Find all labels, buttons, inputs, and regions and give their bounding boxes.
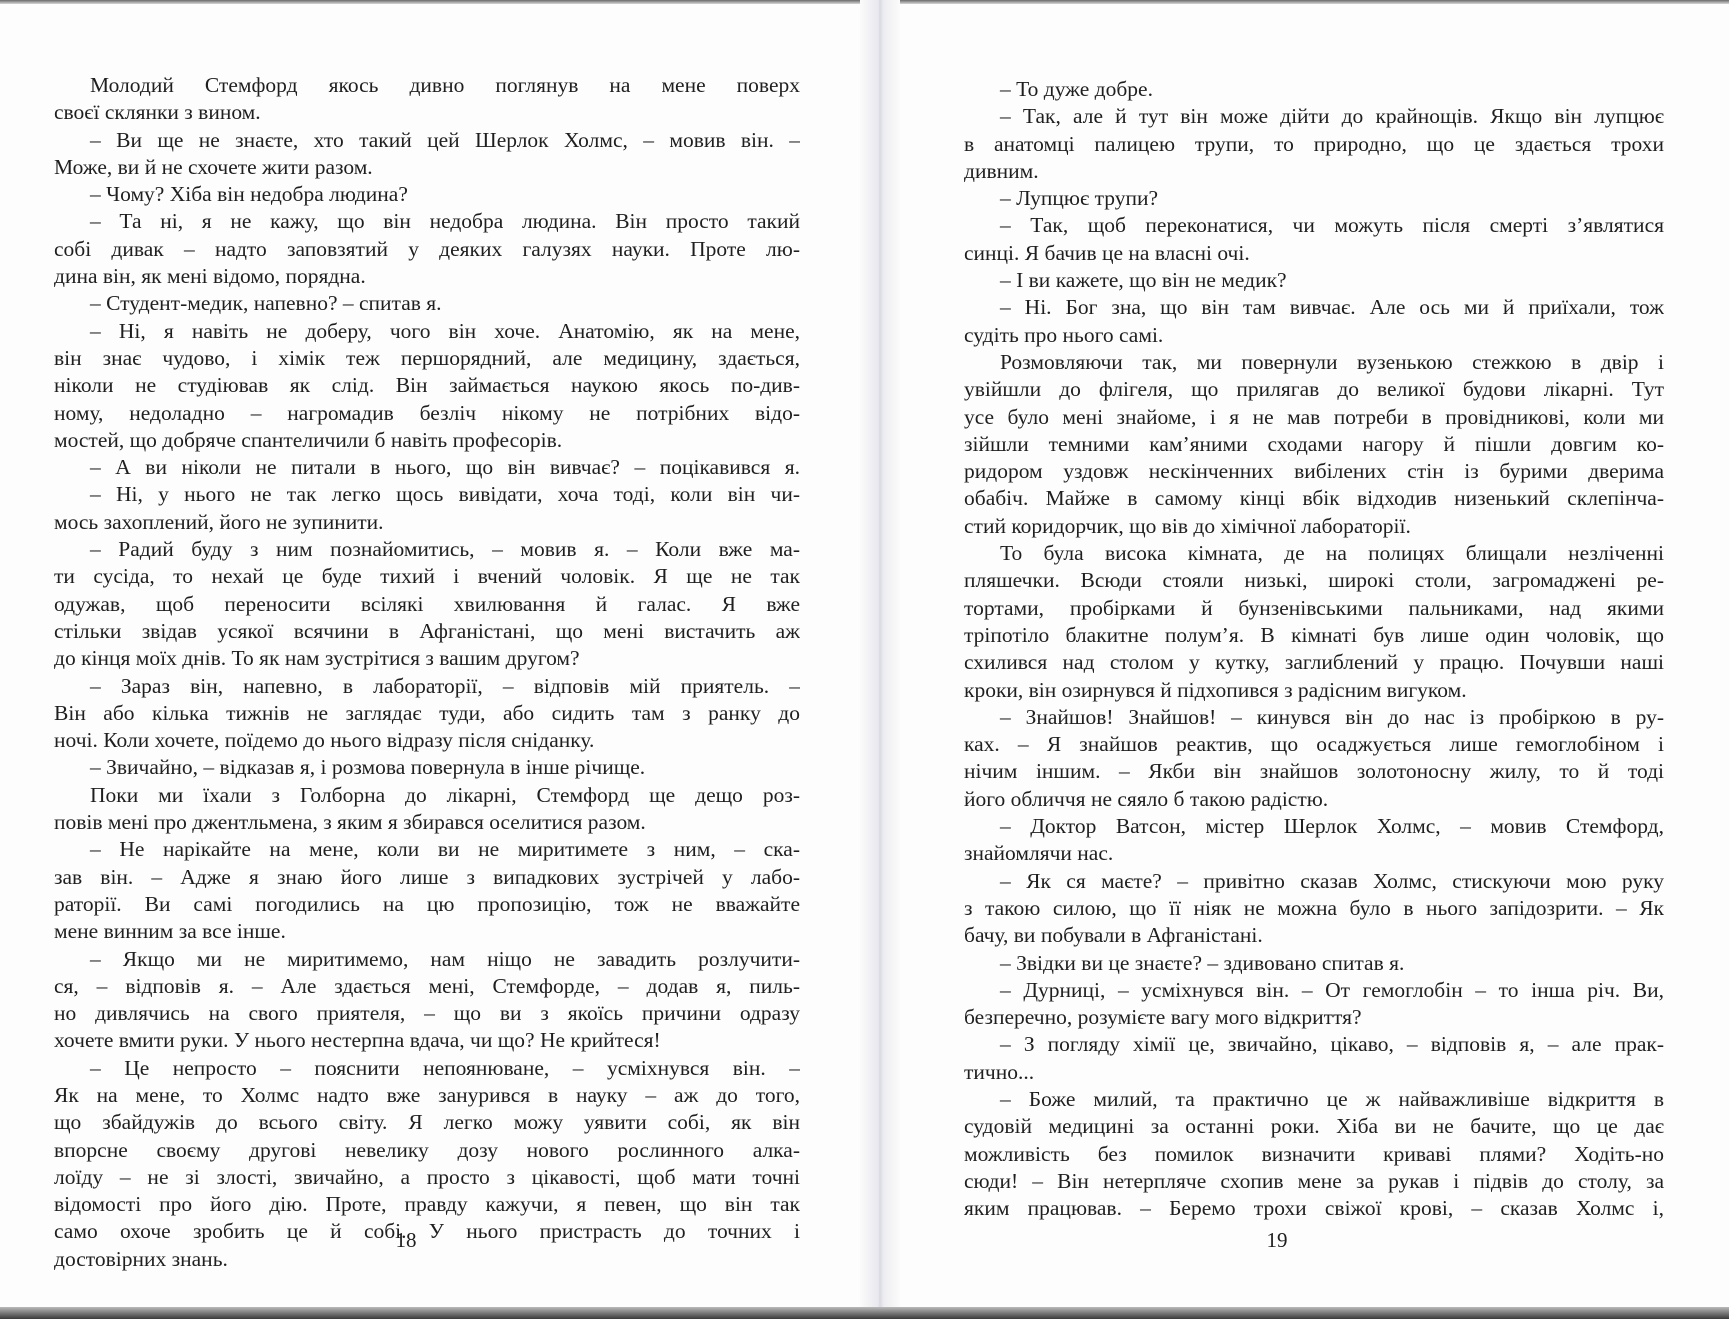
text-line: – Студент-медик, напевно? – спитав я. — [54, 290, 800, 317]
text-line: тично... — [964, 1059, 1664, 1086]
text-line: тріпотіло блакитне полум’я. В кімнаті бу… — [964, 622, 1664, 649]
text-line: Може, ви й не схочете жити разом. — [54, 154, 800, 181]
text-line: бачу, ви побували в Афганістані. — [964, 922, 1664, 949]
text-line: усе було мені знайоме, і я не мав потреб… — [964, 404, 1664, 431]
text-line: ридором уздовж нескінченних вибілених ст… — [964, 458, 1664, 485]
text-line: увійшли до флігеля, що прилягав до велик… — [964, 376, 1664, 403]
text-line: – Ні, я навіть не доберу, чого він хоче.… — [54, 318, 800, 345]
text-line: стільки звідав усякої всячини в Афганіст… — [54, 618, 800, 645]
page-right: – То дуже добре.– Так, але й тут він мож… — [900, 0, 1729, 1307]
text-line: – Звідки ви це знаєте? – здивовано спита… — [964, 950, 1664, 977]
text-line: – І ви кажете, що він не медик? — [964, 267, 1664, 294]
text-line: – Це непросто – пояснити непоянюване, – … — [54, 1055, 800, 1082]
text-line: – Зараз він, напевно, в лабораторії, – в… — [54, 673, 800, 700]
text-line: – Звичайно, – відказав я, і розмова пове… — [54, 754, 800, 781]
text-line: сюди! – Він нетерпляче схопив мене за ру… — [964, 1168, 1664, 1195]
text-line: – Чому? Хіба він недобра людина? — [54, 181, 800, 208]
text-line: мостей, що добряче спантеличили б навіть… — [54, 427, 800, 454]
text-line: ніколи не студіював як слід. Він займаєт… — [54, 372, 800, 399]
text-line: ся, – відповів я. – Але здається мені, С… — [54, 973, 800, 1000]
text-line: нічим іншим. – Якби він знайшов золотоно… — [964, 758, 1664, 785]
text-line: раторії. Ви самі погодились на цю пропоз… — [54, 891, 800, 918]
text-line: впорсне своєму другові невелику дозу нов… — [54, 1137, 800, 1164]
text-line: мене винним за все інше. — [54, 918, 800, 945]
text-line: – Як ся маєте? – привітно сказав Холмс, … — [964, 868, 1664, 895]
text-line: ночі. Коли хочете, поїдемо до нього відр… — [54, 727, 800, 754]
text-line: Молодий Стемфорд якось дивно поглянув на… — [54, 72, 800, 99]
text-line: – Так, але й тут він може дійти до крайн… — [964, 103, 1664, 130]
text-line: стий коридорчик, що вів до хімічної лабо… — [964, 513, 1664, 540]
text-line: зав він. – Адже я знаю його лише з випад… — [54, 864, 800, 891]
text-line: пляшечки. Всюди стояли низькі, широкі ст… — [964, 567, 1664, 594]
text-line: тортами, пробірками й бунзенівськими пал… — [964, 595, 1664, 622]
page-number-right: 19 — [1247, 1228, 1307, 1253]
text-line: – Знайшов! Знайшов! – кинувся він до нас… — [964, 704, 1664, 731]
text-line: повів мені про джентльмена, з яким я зби… — [54, 809, 800, 836]
text-line: судіть про нього самі. — [964, 322, 1664, 349]
text-line: кроки, він озирнувся й підхопився з раді… — [964, 677, 1664, 704]
text-line: – Доктор Ватсон, містер Шерлок Холмс, – … — [964, 813, 1664, 840]
text-line: дина він, як мені відомо, порядна. — [54, 263, 800, 290]
text-line: Як на мене, то Холмс надто вже занурився… — [54, 1082, 800, 1109]
text-line: з такою силою, що її ніяк не можна було … — [964, 895, 1664, 922]
book-spread: Молодий Стемфорд якось дивно поглянув на… — [0, 0, 1729, 1319]
scan-bottom-edge — [0, 1307, 1729, 1319]
text-line: його обличчя не сяяло б такою радістю. — [964, 786, 1664, 813]
text-line: схилився над столом у кутку, заглиблений… — [964, 649, 1664, 676]
text-line: безперечно, розумієте вагу мого відкритт… — [964, 1004, 1664, 1031]
text-line: мось захоплений, його не зупинити. — [54, 509, 800, 536]
text-line: – Ні, у нього не так легко щось вивідати… — [54, 481, 800, 508]
page-left: Молодий Стемфорд якось дивно поглянув на… — [0, 0, 860, 1307]
text-line: він знає чудово, і хімік теж першорядний… — [54, 345, 800, 372]
text-line: – Та ні, я не кажу, що він недобра людин… — [54, 208, 800, 235]
text-line: – Так, щоб переконатися, чи можуть після… — [964, 212, 1664, 239]
text-line: яким працював. – Беремо трохи свіжої кро… — [964, 1195, 1664, 1222]
text-line: Він або кілька тижнів не заглядає туди, … — [54, 700, 800, 727]
page-text-left: Молодий Стемфорд якось дивно поглянув на… — [54, 72, 800, 1273]
text-line: – Не нарікайте на мене, коли ви не мирит… — [54, 836, 800, 863]
text-line: – Дурниці, – усміхнувся він. – От гемогл… — [964, 977, 1664, 1004]
text-line: одужав, щоб переносити всілякі хвилюванн… — [54, 591, 800, 618]
page-number-left: 18 — [376, 1228, 436, 1253]
page-text-right: – То дуже добре.– Так, але й тут він мож… — [964, 76, 1664, 1222]
text-line: – Лупцює трупи? — [964, 185, 1664, 212]
text-line: Поки ми їхали з Голборна до лікарні, Сте… — [54, 782, 800, 809]
text-line: синці. Я бачив це на власні очі. — [964, 240, 1664, 267]
text-line: судовій медицині за останні роки. Хіба в… — [964, 1113, 1664, 1140]
text-line: собі дивак – надто заповзятий у деяких г… — [54, 236, 800, 263]
text-line: лоїду – не зі злості, звичайно, а просто… — [54, 1164, 800, 1191]
text-line: Розмовляючи так, ми повернули вузенькою … — [964, 349, 1664, 376]
text-line: обабіч. Майже в самому кінці вбік відход… — [964, 485, 1664, 512]
book-gutter — [860, 0, 900, 1307]
text-line: відомості про його дію. Проте, правду ка… — [54, 1191, 800, 1218]
text-line: дивним. — [964, 158, 1664, 185]
text-line: – Ні. Бог зна, що він там вивчає. Але ос… — [964, 294, 1664, 321]
text-line: – Радий буду з ним познайомитись, – мови… — [54, 536, 800, 563]
text-line: до кінця моїх днів. То як нам зустрітися… — [54, 645, 800, 672]
text-line: но дивлячись на свого приятеля, – що ви … — [54, 1000, 800, 1027]
text-line: своєї склянки з вином. — [54, 99, 800, 126]
text-line: То була висока кімната, де на полицях бл… — [964, 540, 1664, 567]
text-line: зійшли темними кам’яними сходами нагору … — [964, 431, 1664, 458]
text-line: – То дуже добре. — [964, 76, 1664, 103]
text-line: – Якщо ми не миритимемо, нам ніщо не зав… — [54, 946, 800, 973]
text-line: – Ви ще не знаєте, хто такий цей Шерлок … — [54, 127, 800, 154]
text-line: – З погляду хімії це, звичайно, цікаво, … — [964, 1031, 1664, 1058]
text-line: ному, недоладно – нагромадив безліч ніко… — [54, 400, 800, 427]
text-line: ти сусіда, то нехай це буде тихий і вчен… — [54, 563, 800, 590]
text-line: – Боже милий, та практично це ж найважли… — [964, 1086, 1664, 1113]
text-line: хочете вмити руки. У нього нестерпна вда… — [54, 1027, 800, 1054]
text-line: знайомлячи нас. — [964, 840, 1664, 867]
text-line: можливість без помилок визначити криваві… — [964, 1141, 1664, 1168]
text-line: ках. – Я знайшов реактив, що осаджується… — [964, 731, 1664, 758]
text-line: – А ви ніколи не питали в нього, що він … — [54, 454, 800, 481]
text-line: що збайдужів до всього світу. Я легко мо… — [54, 1109, 800, 1136]
text-line: в анатомці палицею трупи, то природно, щ… — [964, 131, 1664, 158]
